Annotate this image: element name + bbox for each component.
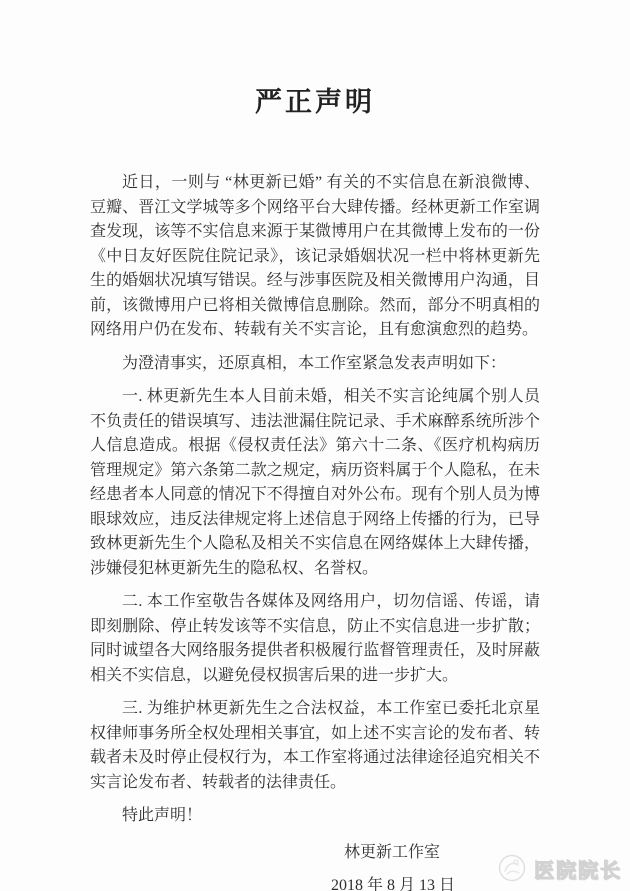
document-body: 近日，一则与 “林更新已婚” 有关的不实信息在新浪微博、豆瓣、晋江文学城等多个网… [90,171,540,891]
statement-document: 严正声明 近日，一则与 “林更新已婚” 有关的不实信息在新浪微博、豆瓣、晋江文学… [0,0,630,891]
paragraph-point-2: 二. 本工作室敬告各媒体及网络用户，切勿信谣、传谣，请即刻删除、停止转发该等不实… [90,590,540,688]
signature-name: 林更新工作室 [90,841,440,865]
closing-statement: 特此声明！ [90,804,540,829]
paragraph-point-3: 三. 为维护林更新先生之合法权益，本工作室已委托北京星权律师事务所全权处理相关事… [90,697,540,795]
watermark-label: 医院院长 [534,854,622,883]
hospital-logo-icon [497,853,527,883]
watermark: 医院院长 [497,853,622,883]
signature-date: 2018 年 8 月 13 日 [90,874,455,891]
document-title: 严正声明 [0,0,630,119]
paragraph-intro: 近日，一则与 “林更新已婚” 有关的不实信息在新浪微博、豆瓣、晋江文学城等多个网… [90,171,540,343]
paragraph-point-1: 一. 林更新先生本人目前未婚，相关不实言论纯属个别人员不负责任的错误填写、违法泄… [90,385,540,581]
paragraph-lead-in: 为澄清事实，还原真相，本工作室紧急发表声明如下： [90,352,540,377]
